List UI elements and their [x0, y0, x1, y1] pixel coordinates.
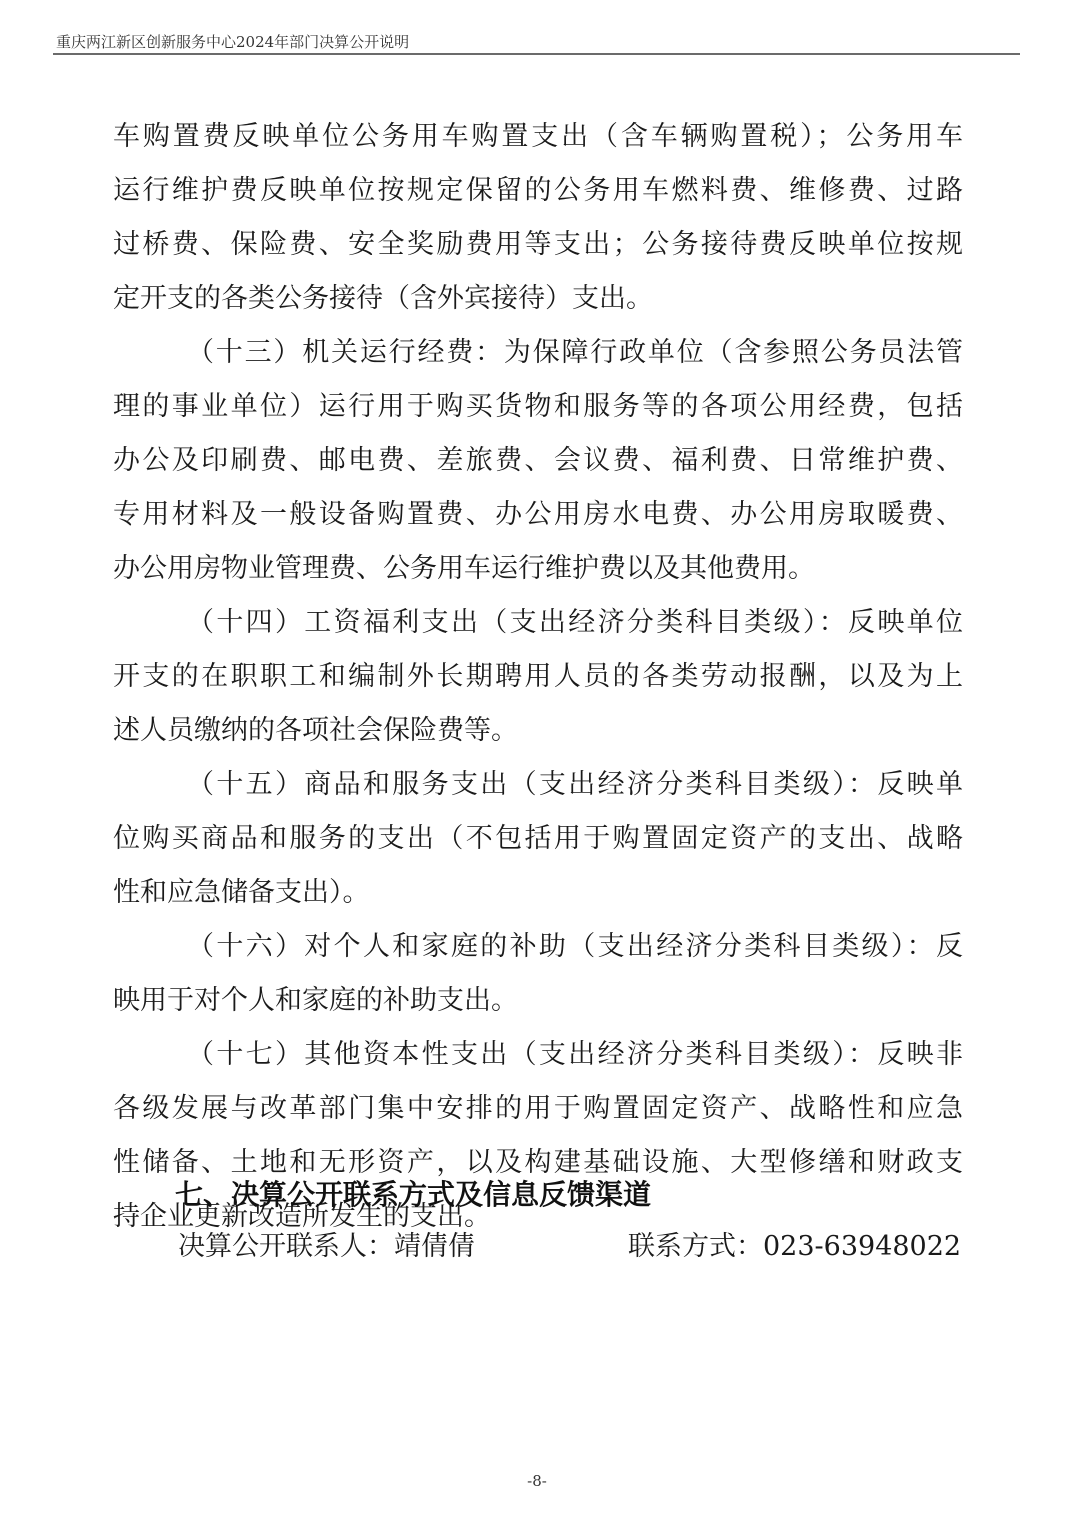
paragraph-16-first-line: （十六）对个人和家庭的补助（支出经济分类科目类级）：反	[113, 920, 963, 974]
document-body: 车购置费反映单位公务用车购置支出（含车辆购置税）；公务用车 运行维护费反映单位按…	[113, 110, 963, 1244]
paragraph-line: 运行维护费反映单位按规定保留的公务用车燃料费、维修费、过路	[113, 164, 963, 218]
contact-person: 决算公开联系人：靖倩倩	[178, 1222, 475, 1272]
section-7-heading: 七、决算公开联系方式及信息反馈渠道	[175, 1173, 651, 1213]
paragraph-17-first-line: （十七）其他资本性支出（支出经济分类科目类级）：反映非	[113, 1028, 963, 1082]
paragraph-line: 述人员缴纳的各项社会保险费等。	[113, 704, 963, 758]
paragraph-line: 开支的在职职工和编制外长期聘用人员的各类劳动报酬，以及为上	[113, 650, 963, 704]
paragraph-line: 性和应急储备支出）。	[113, 866, 963, 920]
paragraph-line: 映用于对个人和家庭的补助支出。	[113, 974, 963, 1028]
contact-info-row: 决算公开联系人：靖倩倩 联系方式：023-63948022	[178, 1222, 948, 1272]
paragraph-13-first-line: （十三）机关运行经费：为保障行政单位（含参照公务员法管	[113, 326, 963, 380]
header-divider	[53, 53, 1020, 55]
paragraph-line: 专用材料及一般设备购置费、办公用房水电费、办公用房取暖费、	[113, 488, 963, 542]
paragraph-line: 过桥费、保险费、安全奖励费用等支出；公务接待费反映单位按规	[113, 218, 963, 272]
paragraph-line: 车购置费反映单位公务用车购置支出（含车辆购置税）；公务用车	[113, 110, 963, 164]
paragraph-line: 理的事业单位）运行用于购买货物和服务等的各项公用经费，包括	[113, 380, 963, 434]
page-header-title: 重庆两江新区创新服务中心2024年部门决算公开说明	[56, 31, 409, 52]
paragraph-14-first-line: （十四）工资福利支出（支出经济分类科目类级）：反映单位	[113, 596, 963, 650]
paragraph-line: 定开支的各类公务接待（含外宾接待）支出。	[113, 272, 963, 326]
paragraph-line: 位购买商品和服务的支出（不包括用于购置固定资产的支出、战略	[113, 812, 963, 866]
page-number: -8-	[0, 1472, 1074, 1490]
paragraph-line: 办公及印刷费、邮电费、差旅费、会议费、福利费、日常维护费、	[113, 434, 963, 488]
paragraph-line: 办公用房物业管理费、公务用车运行维护费以及其他费用。	[113, 542, 963, 596]
paragraph-15-first-line: （十五）商品和服务支出（支出经济分类科目类级）：反映单	[113, 758, 963, 812]
paragraph-line: 各级发展与改革部门集中安排的用于购置固定资产、战略性和应急	[113, 1082, 963, 1136]
contact-phone: 联系方式：023-63948022	[628, 1222, 961, 1272]
